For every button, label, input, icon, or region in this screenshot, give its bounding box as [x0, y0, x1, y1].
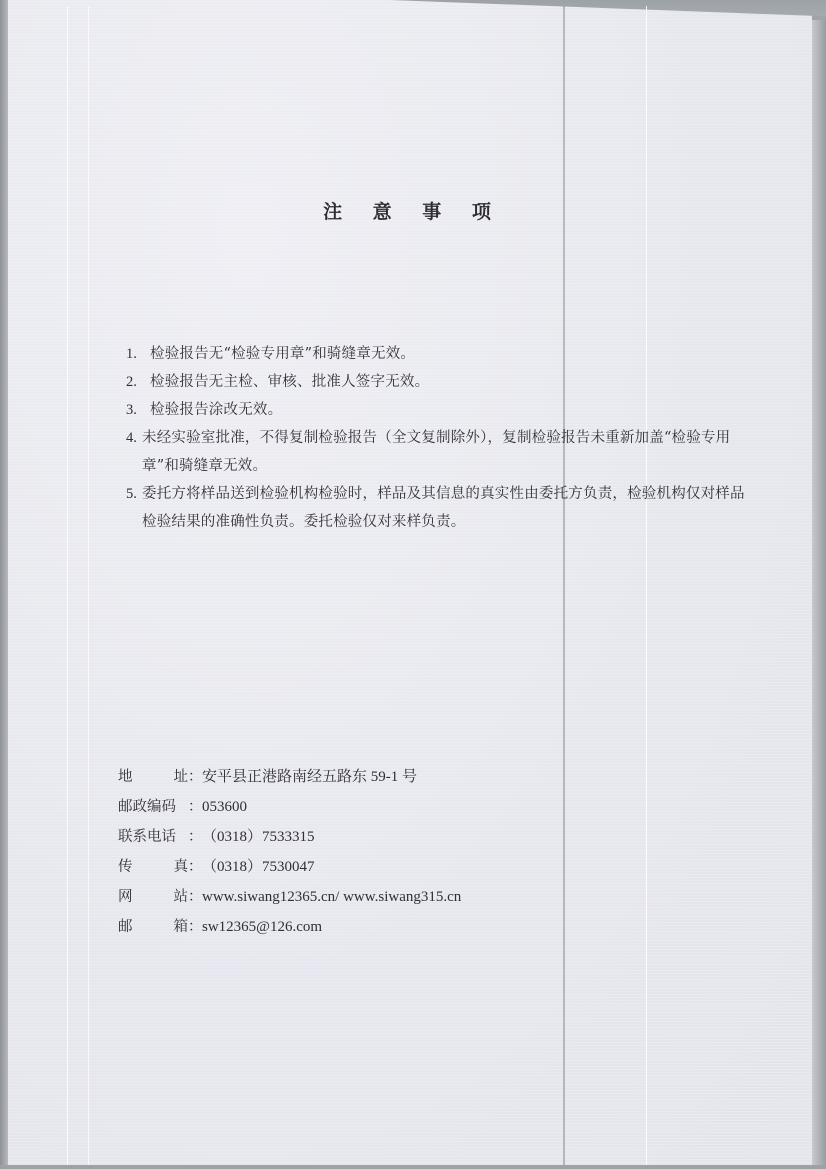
address-label: 地址： [118, 766, 202, 788]
page-title: 注 意 事 项 [0, 197, 826, 224]
phone-label: 联系电话： [118, 826, 202, 848]
note-number: 2. [126, 368, 150, 396]
note-number: 5. [126, 480, 142, 508]
scan-bottom-edge [0, 1165, 826, 1169]
fax-value: （0318）7530047 [202, 856, 315, 878]
note-text: 检验报告涂改无效。 [150, 396, 746, 424]
note-number: 4. [126, 424, 142, 452]
note-item: 1. 检验报告无“检验专用章”和骑缝章无效。 [126, 340, 746, 368]
address-value: 安平县正港路南经五路东 59-1 号 [202, 766, 417, 788]
note-item: 3. 检验报告涂改无效。 [126, 396, 746, 424]
note-number: 3. [126, 396, 150, 424]
fax-label: 传真： [118, 856, 202, 878]
fax-row: 传真： （0318）7530047 [118, 856, 461, 886]
note-number: 1. [126, 340, 150, 368]
phone-value: （0318）7533315 [202, 826, 315, 848]
fold-line [646, 6, 647, 1169]
postcode-value: 053600 [202, 796, 247, 818]
note-text: 检验报告无“检验专用章”和骑缝章无效。 [150, 340, 746, 368]
document-page [8, 0, 812, 1166]
fold-line [563, 6, 565, 1169]
scan-right-edge [812, 20, 826, 1169]
notes-list: 1. 检验报告无“检验专用章”和骑缝章无效。 2. 检验报告无主检、审核、批准人… [126, 340, 746, 536]
note-text: 未经实验室批准，不得复制检验报告（全文复制除外），复制检验报告未重新加盖“检验专… [142, 424, 746, 480]
fold-line [67, 6, 68, 1169]
postcode-label: 邮政编码： [118, 796, 202, 818]
note-text: 检验报告无主检、审核、批准人签字无效。 [150, 368, 746, 396]
address-row: 地址： 安平县正港路南经五路东 59-1 号 [118, 766, 461, 796]
note-item: 4. 未经实验室批准，不得复制检验报告（全文复制除外），复制检验报告未重新加盖“… [126, 424, 746, 480]
fold-line [88, 6, 89, 1169]
website-value: www.siwang12365.cn/ www.siwang315.cn [202, 886, 461, 908]
postcode-row: 邮政编码： 053600 [118, 796, 461, 826]
email-value: sw12365@126.com [202, 916, 322, 938]
email-label: 邮箱： [118, 916, 202, 938]
note-item: 2. 检验报告无主检、审核、批准人签字无效。 [126, 368, 746, 396]
email-row: 邮箱： sw12365@126.com [118, 916, 461, 946]
contact-info: 地址： 安平县正港路南经五路东 59-1 号 邮政编码： 053600 联系电话… [118, 766, 461, 946]
website-label: 网站： [118, 886, 202, 908]
note-item: 5. 委托方将样品送到检验机构检验时，样品及其信息的真实性由委托方负责，检验机构… [126, 480, 746, 536]
phone-row: 联系电话： （0318）7533315 [118, 826, 461, 856]
note-text: 委托方将样品送到检验机构检验时，样品及其信息的真实性由委托方负责，检验机构仅对样… [142, 480, 746, 536]
scan-left-edge [0, 0, 8, 1169]
website-row: 网站： www.siwang12365.cn/ www.siwang315.cn [118, 886, 461, 916]
